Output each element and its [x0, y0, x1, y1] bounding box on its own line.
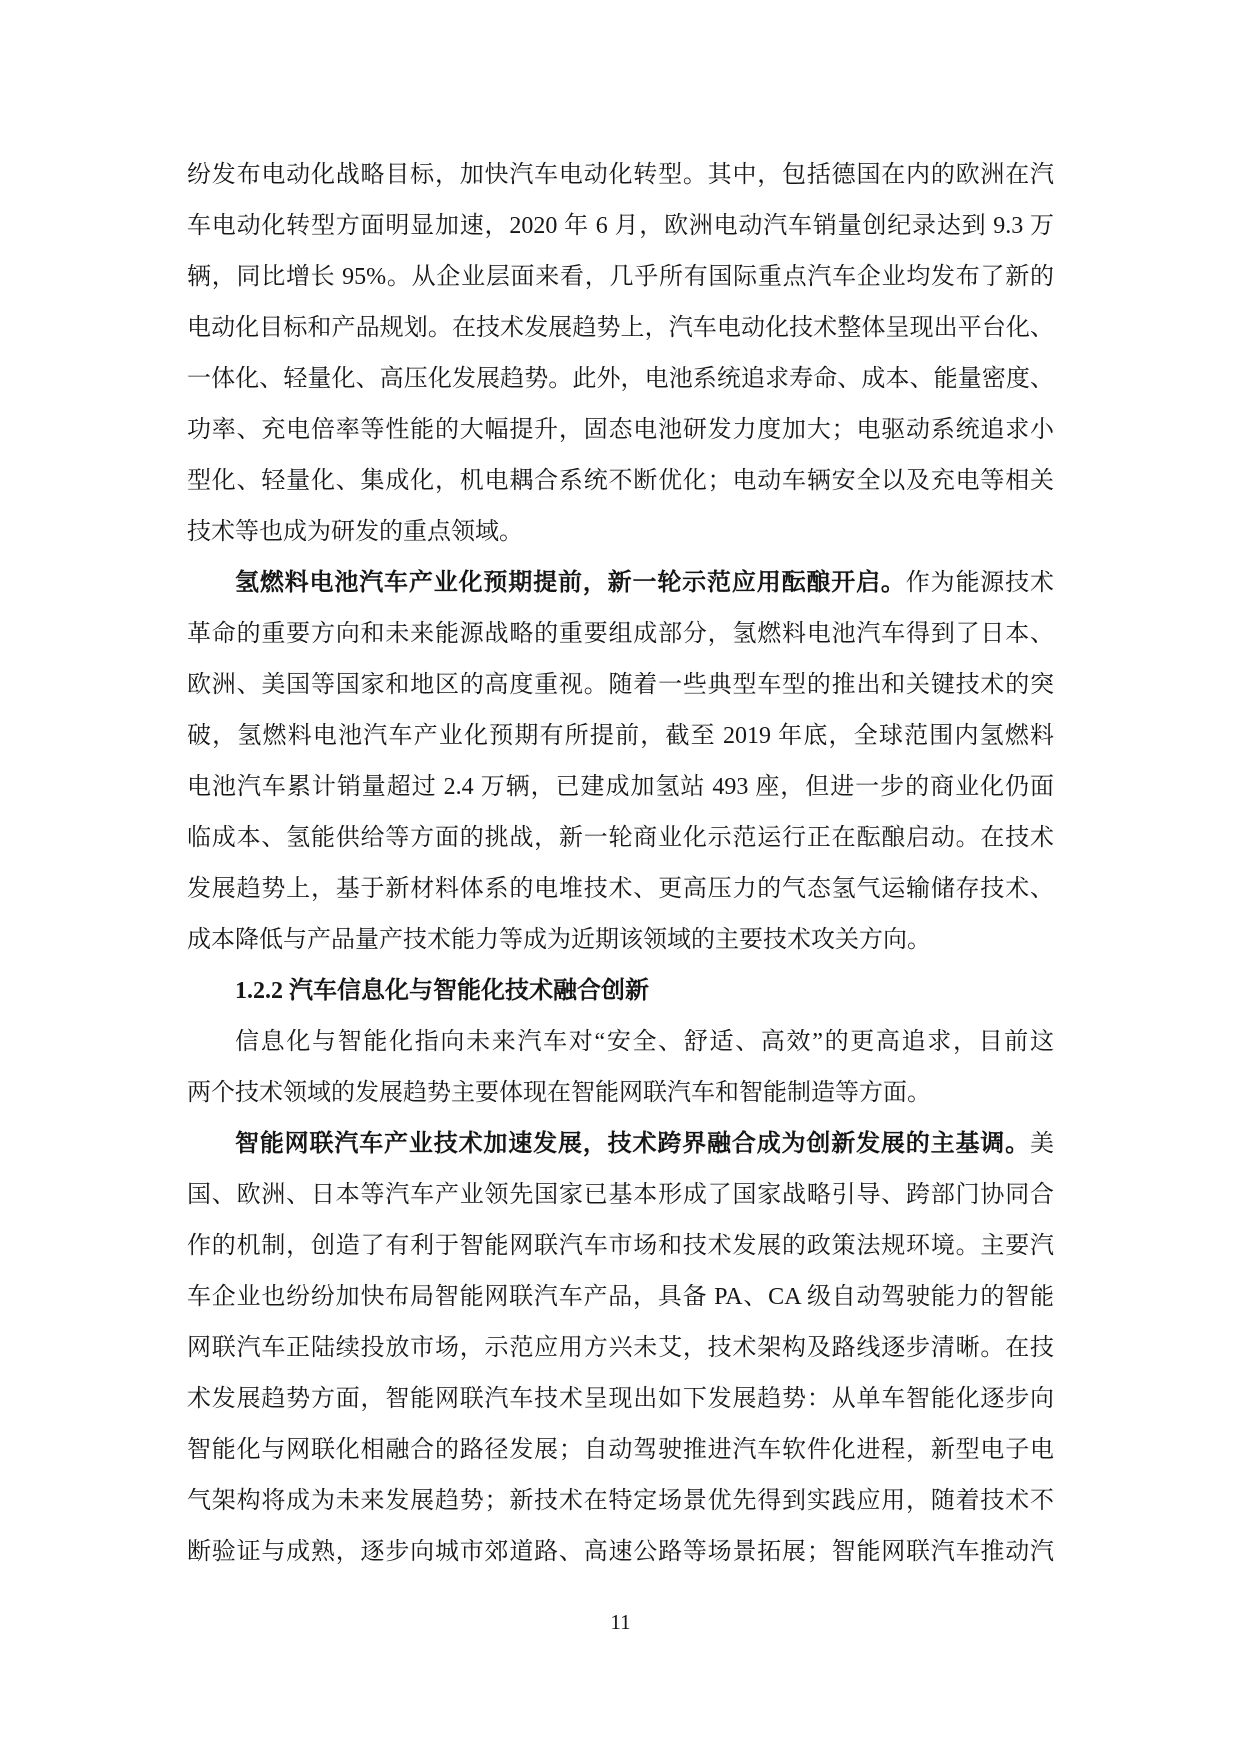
text-run: 两个技术领域的发展趋势主要体现在智能网联汽车和智能制造等方面。	[187, 1080, 931, 1106]
text-line: 发展趋势上，基于新材料体系的电堆技术、更高压力的气态氢气运输储存技术、	[187, 864, 1054, 915]
text-run: 电动化目标和产品规划。在技术发展趋势上，汽车电动化技术整体呈现出平台化、	[187, 315, 1054, 341]
text-line: 智能网联汽车产业技术加速发展，技术跨界融合成为创新发展的主基调。美	[187, 1119, 1054, 1170]
text-line: 两个技术领域的发展趋势主要体现在智能网联汽车和智能制造等方面。	[187, 1068, 1054, 1119]
text-line: 气架构将成为未来发展趋势；新技术在特定场景优先得到实践应用，随着技术不	[187, 1476, 1054, 1527]
text-run: 功率、充电倍率等性能的大幅提升，固态电池研发力度加大；电驱动系统追求小	[187, 417, 1054, 443]
text-line: 车企业也纷纷加快布局智能网联汽车产品，具备 PA、CA 级自动驾驶能力的智能	[187, 1272, 1054, 1323]
text-run: 网联汽车正陆续投放市场，示范应用方兴未艾，技术架构及路线逐步清晰。在技	[187, 1335, 1054, 1361]
text-run: 术发展趋势方面，智能网联汽车技术呈现出如下发展趋势：从单车智能化逐步向	[187, 1386, 1054, 1412]
text-run: 气架构将成为未来发展趋势；新技术在特定场景优先得到实践应用，随着技术不	[187, 1488, 1054, 1514]
text-line: 智能化与网联化相融合的路径发展；自动驾驶推进汽车软件化进程，新型电子电	[187, 1425, 1054, 1476]
text-run: 车企业也纷纷加快布局智能网联汽车产品，具备 PA、CA 级自动驾驶能力的智能	[187, 1284, 1054, 1310]
text-line: 电动化目标和产品规划。在技术发展趋势上，汽车电动化技术整体呈现出平台化、	[187, 303, 1054, 354]
page-number: 11	[0, 1610, 1241, 1635]
text-line: 术发展趋势方面，智能网联汽车技术呈现出如下发展趋势：从单车智能化逐步向	[187, 1374, 1054, 1425]
text-line: 型化、轻量化、集成化，机电耦合系统不断优化；电动车辆安全以及充电等相关	[187, 456, 1054, 507]
text-run: 美	[1030, 1131, 1054, 1157]
text-line: 临成本、氢能供给等方面的挑战，新一轮商业化示范运行正在酝酿启动。在技术	[187, 813, 1054, 864]
text-line: 作的机制，创造了有利于智能网联汽车市场和技术发展的政策法规环境。主要汽	[187, 1221, 1054, 1272]
text-line: 破，氢燃料电池汽车产业化预期有所提前，截至 2019 年底，全球范围内氢燃料	[187, 711, 1054, 762]
text-run: 临成本、氢能供给等方面的挑战，新一轮商业化示范运行正在酝酿启动。在技术	[187, 825, 1054, 851]
text-run: 纷发布电动化战略目标，加快汽车电动化转型。其中，包括德国在内的欧洲在汽	[187, 162, 1054, 188]
text-run: 作为能源技术	[906, 570, 1054, 596]
text-line: 国、欧洲、日本等汽车产业领先国家已基本形成了国家战略引导、跨部门协同合	[187, 1170, 1054, 1221]
text-line: 辆，同比增长 95%。从企业层面来看，几乎所有国际重点汽车企业均发布了新的	[187, 252, 1054, 303]
text-run: 型化、轻量化、集成化，机电耦合系统不断优化；电动车辆安全以及充电等相关	[187, 468, 1054, 494]
text-run: 1.2.2	[235, 978, 289, 1004]
text-run: 一体化、轻量化、高压化发展趋势。此外，电池系统追求寿命、成本、能量密度、	[187, 366, 1054, 392]
text-line: 纷发布电动化战略目标，加快汽车电动化转型。其中，包括德国在内的欧洲在汽	[187, 150, 1054, 201]
text-run: 成本降低与产品量产技术能力等成为近期该领域的主要技术攻关方向。	[187, 927, 931, 953]
text-line: 网联汽车正陆续投放市场，示范应用方兴未艾，技术架构及路线逐步清晰。在技	[187, 1323, 1054, 1374]
text-run: 革命的重要方向和未来能源战略的重要组成部分，氢燃料电池汽车得到了日本、	[187, 621, 1054, 647]
text-line: 成本降低与产品量产技术能力等成为近期该领域的主要技术攻关方向。	[187, 915, 1054, 966]
bold-text-run: 氢燃料电池汽车产业化预期提前，新一轮示范应用酝酿开启。	[235, 570, 906, 596]
text-run: 断验证与成熟，逐步向城市郊道路、高速公路等场景拓展；智能网联汽车推动汽	[187, 1539, 1054, 1565]
text-line: 氢燃料电池汽车产业化预期提前，新一轮示范应用酝酿开启。作为能源技术	[187, 558, 1054, 609]
text-line: 革命的重要方向和未来能源战略的重要组成部分，氢燃料电池汽车得到了日本、	[187, 609, 1054, 660]
text-line: 断验证与成熟，逐步向城市郊道路、高速公路等场景拓展；智能网联汽车推动汽	[187, 1527, 1054, 1578]
text-run: 国、欧洲、日本等汽车产业领先国家已基本形成了国家战略引导、跨部门协同合	[187, 1182, 1054, 1208]
document-page: 纷发布电动化战略目标，加快汽车电动化转型。其中，包括德国在内的欧洲在汽车电动化转…	[0, 0, 1241, 1754]
text-run: 破，氢燃料电池汽车产业化预期有所提前，截至 2019 年底，全球范围内氢燃料	[187, 723, 1054, 749]
text-line: 信息化与智能化指向未来汽车对“安全、舒适、高效”的更高追求，目前这	[187, 1017, 1054, 1068]
text-run: 欧洲、美国等国家和地区的高度重视。随着一些典型车型的推出和关键技术的突	[187, 672, 1054, 698]
text-run: 辆，同比增长 95%。从企业层面来看，几乎所有国际重点汽车企业均发布了新的	[187, 264, 1054, 290]
text-run: 技术等也成为研发的重点领域。	[187, 519, 523, 545]
text-run: 作的机制，创造了有利于智能网联汽车市场和技术发展的政策法规环境。主要汽	[187, 1233, 1054, 1259]
text-run: 发展趋势上，基于新材料体系的电堆技术、更高压力的气态氢气运输储存技术、	[187, 876, 1054, 902]
section-heading: 1.2.2 汽车信息化与智能化技术融合创新	[187, 966, 1054, 1017]
text-line: 技术等也成为研发的重点领域。	[187, 507, 1054, 558]
text-line: 欧洲、美国等国家和地区的高度重视。随着一些典型车型的推出和关键技术的突	[187, 660, 1054, 711]
bold-text-run: 智能网联汽车产业技术加速发展，技术跨界融合成为创新发展的主基调。	[235, 1131, 1030, 1157]
text-run: 智能化与网联化相融合的路径发展；自动驾驶推进汽车软件化进程，新型电子电	[187, 1437, 1054, 1463]
text-line: 车电动化转型方面明显加速，2020 年 6 月，欧洲电动汽车销量创纪录达到 9.…	[187, 201, 1054, 252]
text-line: 电池汽车累计销量超过 2.4 万辆，已建成加氢站 493 座，但进一步的商业化仍…	[187, 762, 1054, 813]
bold-text-run: 汽车信息化与智能化技术融合创新	[289, 978, 649, 1004]
text-run: 信息化与智能化指向未来汽车对“安全、舒适、高效”的更高追求，目前这	[235, 1029, 1054, 1055]
text-line: 一体化、轻量化、高压化发展趋势。此外，电池系统追求寿命、成本、能量密度、	[187, 354, 1054, 405]
text-line: 功率、充电倍率等性能的大幅提升，固态电池研发力度加大；电驱动系统追求小	[187, 405, 1054, 456]
text-run: 车电动化转型方面明显加速，2020 年 6 月，欧洲电动汽车销量创纪录达到 9.…	[187, 213, 1054, 239]
document-body: 纷发布电动化战略目标，加快汽车电动化转型。其中，包括德国在内的欧洲在汽车电动化转…	[187, 150, 1054, 1578]
text-run: 电池汽车累计销量超过 2.4 万辆，已建成加氢站 493 座，但进一步的商业化仍…	[187, 774, 1054, 800]
